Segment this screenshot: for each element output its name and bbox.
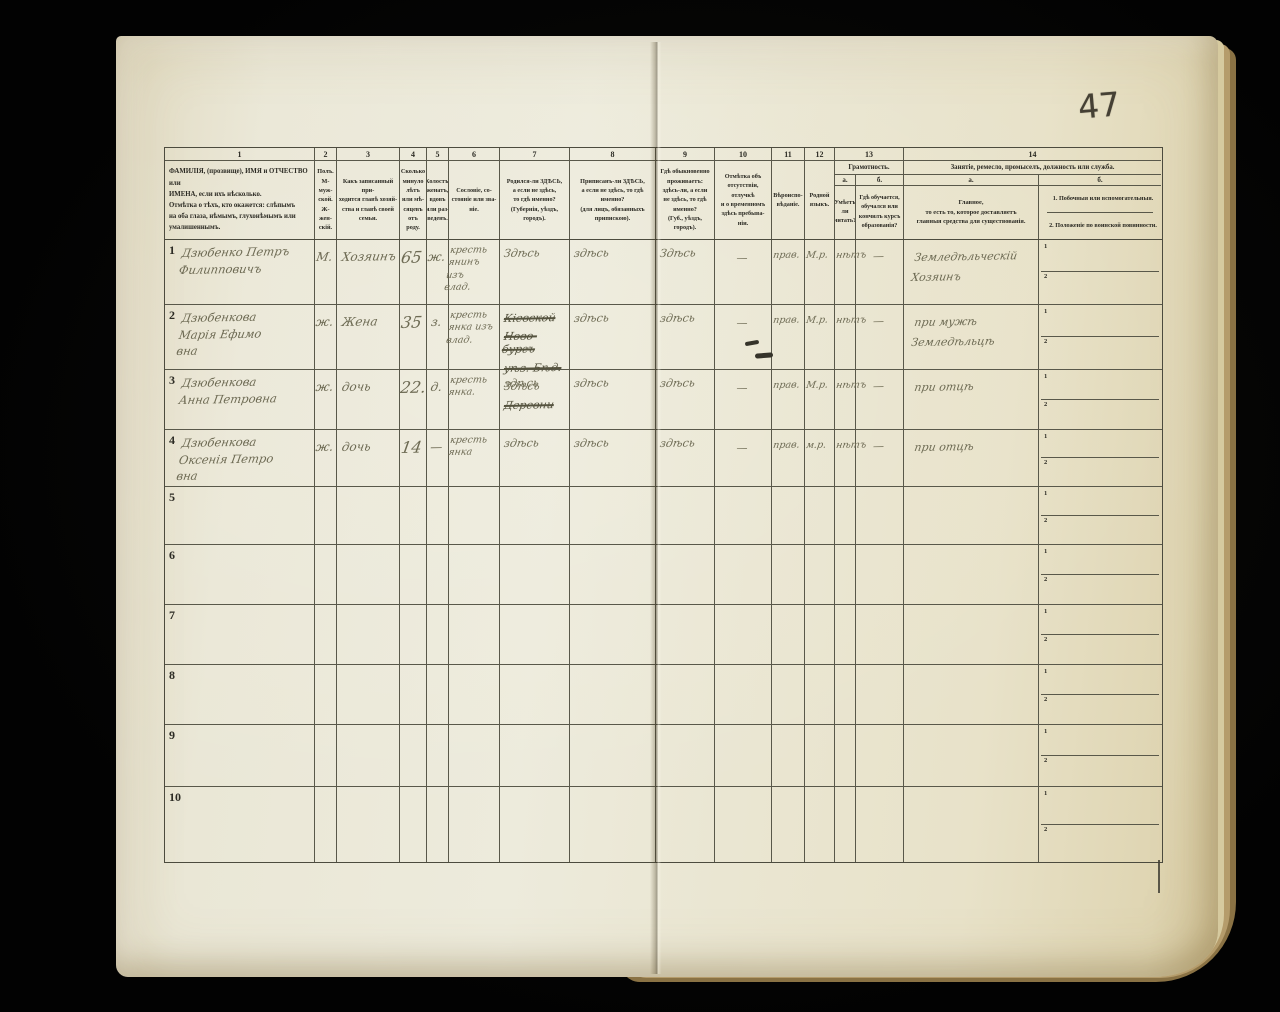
subrow-number: 2 xyxy=(1044,826,1047,833)
cell-estate xyxy=(449,725,500,786)
handwritten-entry: здѣсь xyxy=(659,376,712,391)
table-row: 912 xyxy=(165,725,1162,787)
cell-born xyxy=(500,487,570,544)
cell-registered xyxy=(570,665,656,724)
cell-religion: прав. xyxy=(772,430,805,486)
handwritten-entry: — xyxy=(715,381,769,396)
cell-language xyxy=(805,665,835,724)
subrow-number: 1 xyxy=(1044,728,1047,735)
cell-born xyxy=(500,725,570,786)
cell-literate xyxy=(835,725,856,786)
cell-literate: нѣтъ xyxy=(835,305,856,369)
column-number: 5 xyxy=(427,148,448,161)
cell-literate xyxy=(835,545,856,604)
cell-marital xyxy=(427,487,449,544)
cell-sub: 12 xyxy=(1039,605,1161,664)
cell-name: 5 xyxy=(165,487,315,544)
cell-name: 3Дзюбенкова Анна Петровна xyxy=(165,370,315,429)
cell-sex xyxy=(315,665,337,724)
column-header-native-language: 12 Родной языкъ. xyxy=(805,148,835,239)
column-number: 10 xyxy=(715,148,771,161)
handwritten-entry: нѣтъ xyxy=(835,250,853,262)
handwritten-entry: нѣтъ xyxy=(835,315,853,327)
cell-name: 8 xyxy=(165,665,315,724)
cell-estate xyxy=(449,487,500,544)
handwritten-entry: — xyxy=(856,379,901,393)
subrow-number: 1 xyxy=(1044,608,1047,615)
subrow-number: 1 xyxy=(1044,668,1047,675)
handwritten-entry: дочь xyxy=(341,379,398,395)
cell-religion xyxy=(772,545,805,604)
cell-registered xyxy=(570,545,656,604)
cell-age: 65 xyxy=(400,240,427,304)
handwritten-entry: 22. xyxy=(399,378,424,398)
cell-education xyxy=(856,605,904,664)
cell-religion xyxy=(772,487,805,544)
subrow-number: 1 xyxy=(1044,243,1047,250)
handwritten-entry: нѣтъ xyxy=(835,380,853,392)
handwritten-entry: здѣсь xyxy=(573,436,653,451)
cell-resides xyxy=(656,545,715,604)
column-number: 11 xyxy=(772,148,804,161)
cell-literate xyxy=(835,787,856,862)
row-number: 10 xyxy=(169,790,181,805)
row-number: 8 xyxy=(169,668,175,683)
cell-occupation xyxy=(904,487,1039,544)
column-title: Сколько минуло лѣтъ или мѣ- сяцевъ отъ р… xyxy=(400,161,426,239)
cell-resides xyxy=(656,605,715,664)
column-title: Полъ. М-муж- ской. Ж-жен- скій. xyxy=(315,161,336,239)
cell-born: Здѣсь xyxy=(500,240,570,304)
handwritten-entry: М. xyxy=(315,250,334,265)
row-number: 1 xyxy=(169,243,175,258)
column-title: Гдѣ обыкновенно проживаетъ: здѣсь-ли, а … xyxy=(656,161,714,239)
cell-sub: 12 xyxy=(1039,725,1161,786)
cell-registered: здѣсь xyxy=(570,305,656,369)
subrow-number: 2 xyxy=(1044,459,1047,466)
cell-occupation: при отцѣ xyxy=(904,430,1039,486)
column-header-literacy-group: 13 Грамотность. а. б. Умѣетъ ли читать? … xyxy=(835,148,904,239)
column-number: 4 xyxy=(400,148,426,161)
ink-smudge xyxy=(755,352,773,358)
column-title: ФАМИЛІЯ, (прозвище), ИМЯ и ОТЧЕСТВО или … xyxy=(165,161,314,239)
table-row: 712 xyxy=(165,605,1162,665)
handwritten-entry: з. xyxy=(427,315,446,330)
handwritten-entry: 35 xyxy=(399,313,424,333)
cell-absence xyxy=(715,487,772,544)
row-number: 9 xyxy=(169,728,175,743)
cell-occupation: при мужѣ Земледѣльцѣ xyxy=(904,305,1039,369)
handwritten-page-number: 47 xyxy=(1076,84,1121,127)
cell-born: КіевскойНово-бургъуѣз. Бѣд.ЗдѣсьДеревни xyxy=(500,305,570,369)
subrow-number: 2 xyxy=(1044,757,1047,764)
table-row: 1012 xyxy=(165,787,1162,862)
cell-education xyxy=(856,665,904,724)
handwritten-entry: 65 xyxy=(399,248,424,268)
cell-education: — xyxy=(856,305,904,369)
cell-education: — xyxy=(856,430,904,486)
handwritten-name: Дзюбенко Петръ Филипповичъ xyxy=(178,243,313,279)
cell-military-duty: 2 xyxy=(1041,458,1159,484)
cell-religion xyxy=(772,605,805,664)
cell-registered xyxy=(570,787,656,862)
column-header-marital-status: 5 Холостъ, женатъ, вдовъ или раз- веденъ… xyxy=(427,148,449,239)
cell-sub: 12 xyxy=(1039,430,1161,486)
cell-military-duty: 2 xyxy=(1041,756,1159,785)
cell-religion xyxy=(772,787,805,862)
cell-relation xyxy=(337,787,400,862)
handwritten-entry: Здѣсь xyxy=(659,246,712,261)
subcolumn-side-occupation: 1. Побочныя или вспомогательныя. 2. Поло… xyxy=(1039,186,1161,239)
cell-sex: ж. xyxy=(315,430,337,486)
column-title: Холостъ, женатъ, вдовъ или раз- веденъ. xyxy=(427,161,448,239)
column-header-occupation-group: 14 Занятіе, ремесло, промыселъ, должност… xyxy=(904,148,1161,239)
cell-absence xyxy=(715,787,772,862)
handwritten-entry: м.р. xyxy=(805,440,832,452)
cell-estate: кресть янка xyxy=(449,430,500,486)
handwritten-entry: — xyxy=(856,314,901,328)
cell-side-occupation: 1 xyxy=(1041,789,1159,825)
cell-marital xyxy=(427,545,449,604)
cell-born: здѣсь xyxy=(500,430,570,486)
group-title-literacy: Грамотность. xyxy=(835,161,903,175)
column-title: Вѣроиспо- вѣданіе. xyxy=(772,161,804,239)
cell-language xyxy=(805,725,835,786)
cell-language: М.р. xyxy=(805,240,835,304)
handwritten-entry: дочь xyxy=(341,439,398,455)
handwritten-entry: здѣсь xyxy=(659,311,712,326)
table-body: 1Дзюбенко Петръ ФилипповичъМ.Хозяинъ65ж.… xyxy=(165,240,1162,862)
cell-side-occupation: 1 xyxy=(1041,307,1159,337)
column-number: 14 xyxy=(904,148,1161,161)
cell-resides: здѣсь xyxy=(656,430,715,486)
cell-sub: 12 xyxy=(1039,545,1161,604)
cell-language xyxy=(805,545,835,604)
column-number: 13 xyxy=(835,148,903,161)
handwritten-entry: 14 xyxy=(399,438,424,458)
handwritten-entry: ж. xyxy=(315,315,334,330)
handwritten-entry: — xyxy=(715,316,769,331)
cell-registered xyxy=(570,487,656,544)
table-row: 4Дзюбенкова Оксенія Петро внаж.дочь14—кр… xyxy=(165,430,1162,487)
cell-occupation xyxy=(904,725,1039,786)
cell-religion xyxy=(772,665,805,724)
cell-literate xyxy=(835,605,856,664)
cell-education xyxy=(856,725,904,786)
cell-name: 7 xyxy=(165,605,315,664)
column-number: 8 xyxy=(570,148,655,161)
cell-education xyxy=(856,545,904,604)
subcolumn-title-military-duty: 2. Положеніе по воинской повинности. xyxy=(1043,213,1157,239)
handwritten-name: Дзюбенкова Марія Ефимо вна xyxy=(175,308,312,360)
cell-absence xyxy=(715,605,772,664)
column-title: Отмѣтка объ отсутствіи, отлучкѣ и о врем… xyxy=(715,161,771,239)
cell-military-duty: 2 xyxy=(1041,400,1159,428)
column-header-sex: 2 Полъ. М-муж- ской. Ж-жен- скій. xyxy=(315,148,337,239)
cell-born xyxy=(500,787,570,862)
subrow-number: 1 xyxy=(1044,308,1047,315)
cell-age xyxy=(400,605,427,664)
column-header-absence-note: 10 Отмѣтка объ отсутствіи, отлучкѣ и о в… xyxy=(715,148,772,239)
cell-name: 6 xyxy=(165,545,315,604)
cell-sex xyxy=(315,545,337,604)
cell-age xyxy=(400,545,427,604)
subrow-number: 1 xyxy=(1044,433,1047,440)
cell-born xyxy=(500,605,570,664)
subrow-number: 1 xyxy=(1044,548,1047,555)
cell-relation xyxy=(337,725,400,786)
cell-language xyxy=(805,787,835,862)
cell-military-duty: 2 xyxy=(1041,635,1159,663)
cell-absence xyxy=(715,725,772,786)
column-title: Какъ записанный при- ходится главѣ хозяй… xyxy=(337,161,399,239)
photographed-census-page: 47 1 ФАМИЛІЯ, (прозвище), ИМЯ и ОТЧЕСТВО… xyxy=(0,0,1280,1012)
row-number: 3 xyxy=(169,373,175,388)
cell-name: 2Дзюбенкова Марія Ефимо вна xyxy=(165,305,315,369)
cell-language xyxy=(805,605,835,664)
handwritten-entry: Жена xyxy=(341,314,398,330)
cell-registered xyxy=(570,725,656,786)
handwritten-entry: здѣсь xyxy=(503,376,567,391)
handwritten-entry: прав. xyxy=(772,250,802,262)
cell-registered xyxy=(570,605,656,664)
handwritten-entry: при отцѣ xyxy=(913,376,1036,398)
column-header-religion: 11 Вѣроиспо- вѣданіе. xyxy=(772,148,805,239)
cell-side-occupation: 1 xyxy=(1041,727,1159,756)
cell-age: 14 xyxy=(400,430,427,486)
cell-military-duty: 2 xyxy=(1041,337,1159,367)
cell-occupation: Земледѣльческій Хозяинъ xyxy=(904,240,1039,304)
handwritten-entry: при мужѣ Земледѣльцѣ xyxy=(910,311,1037,353)
cell-military-duty: 2 xyxy=(1041,516,1159,543)
handwritten-entry: прав. xyxy=(772,315,802,327)
cell-education xyxy=(856,787,904,862)
cell-absence: — xyxy=(715,370,772,429)
cell-language: М.р. xyxy=(805,370,835,429)
cell-resides xyxy=(656,665,715,724)
subcolumn-letter-b: б. xyxy=(856,175,903,185)
cell-absence xyxy=(715,665,772,724)
subrow-number: 2 xyxy=(1044,517,1047,524)
cell-side-occupation: 1 xyxy=(1041,372,1159,400)
subcolumn-title-can-read: Умѣетъ ли читать? xyxy=(835,186,856,239)
cell-sub: 12 xyxy=(1039,370,1161,429)
cell-born xyxy=(500,545,570,604)
handwritten-entry: — xyxy=(856,249,901,263)
cell-registered: здѣсь xyxy=(570,370,656,429)
cell-literate xyxy=(835,665,856,724)
cell-name: 4Дзюбенкова Оксенія Петро вна xyxy=(165,430,315,486)
cell-occupation xyxy=(904,545,1039,604)
handwritten-entry: — xyxy=(715,441,769,456)
cell-resides: Здѣсь xyxy=(656,240,715,304)
subrow-number: 1 xyxy=(1044,373,1047,380)
cell-literate: нѣтъ xyxy=(835,370,856,429)
cell-sex xyxy=(315,605,337,664)
cell-occupation: при отцѣ xyxy=(904,370,1039,429)
cell-relation xyxy=(337,545,400,604)
table-row: 1Дзюбенко Петръ ФилипповичъМ.Хозяинъ65ж.… xyxy=(165,240,1162,305)
handwritten-entry: кресть янка xyxy=(447,434,497,459)
column-header-estate: 6 Сословіе, со- стояніе или зва- ніе. xyxy=(449,148,500,239)
cell-age: 22. xyxy=(400,370,427,429)
cell-military-duty: 2 xyxy=(1041,825,1159,861)
handwritten-entry: здѣсь xyxy=(659,436,712,451)
cell-relation: дочь xyxy=(337,370,400,429)
census-table: 1 ФАМИЛІЯ, (прозвище), ИМЯ и ОТЧЕСТВО ил… xyxy=(164,147,1163,863)
cell-absence xyxy=(715,545,772,604)
cell-registered: здѣсь xyxy=(570,430,656,486)
table-header: 1 ФАМИЛІЯ, (прозвище), ИМЯ и ОТЧЕСТВО ил… xyxy=(165,148,1162,240)
cell-religion: прав. xyxy=(772,305,805,369)
cell-marital xyxy=(427,787,449,862)
cell-occupation xyxy=(904,787,1039,862)
handwritten-entry: здѣсь xyxy=(573,376,653,391)
subcolumn-title-side-occupation: 1. Побочныя или вспомогательныя. xyxy=(1047,186,1153,213)
handwritten-name: Дзюбенкова Оксенія Петро вна xyxy=(175,433,312,485)
column-header-registration: 8 Приписанъ-ли ЗДѢСЬ, а если не здѣсь, т… xyxy=(570,148,656,239)
cell-religion xyxy=(772,725,805,786)
handwritten-entry: Хозяинъ xyxy=(341,249,398,265)
column-header-age: 4 Сколько минуло лѣтъ или мѣ- сяцевъ отъ… xyxy=(400,148,427,239)
subcolumn-letter-a: а. xyxy=(904,175,1039,185)
column-number: 1 xyxy=(165,148,314,161)
column-number: 9 xyxy=(656,148,714,161)
cell-absence: — xyxy=(715,430,772,486)
cell-religion: прав. xyxy=(772,370,805,429)
column-title: Приписанъ-ли ЗДѢСЬ, а если не здѣсь, то … xyxy=(570,161,655,239)
handwritten-entry: здѣсь xyxy=(573,246,653,261)
handwritten-entry: здѣсь xyxy=(573,311,653,326)
cell-born: здѣсь xyxy=(500,370,570,429)
cell-marital xyxy=(427,605,449,664)
cell-born xyxy=(500,665,570,724)
cell-resides xyxy=(656,787,715,862)
ink-smudge xyxy=(745,340,759,346)
subrow-number: 2 xyxy=(1044,696,1047,703)
cell-name: 10 xyxy=(165,787,315,862)
cell-language: М.р. xyxy=(805,305,835,369)
cell-estate xyxy=(449,605,500,664)
cell-military-duty: 2 xyxy=(1041,272,1159,302)
cell-name: 9 xyxy=(165,725,315,786)
cell-relation xyxy=(337,605,400,664)
cell-side-occupation: 1 xyxy=(1041,432,1159,458)
handwritten-entry: кресть янка. xyxy=(447,374,497,399)
row-number: 5 xyxy=(169,490,175,505)
cell-marital: д. xyxy=(427,370,449,429)
cell-estate: кресть янинъ изъ влад. xyxy=(449,240,500,304)
column-header-relation: 3 Какъ записанный при- ходится главѣ хоз… xyxy=(337,148,400,239)
cell-occupation xyxy=(904,605,1039,664)
subcolumn-letter-a: а. xyxy=(835,175,856,185)
handwritten-entry: кресть янинъ изъ влад. xyxy=(443,244,497,294)
handwritten-entry: прав. xyxy=(772,380,802,392)
cell-religion: прав. xyxy=(772,240,805,304)
cell-military-duty: 2 xyxy=(1041,695,1159,723)
column-header-birthplace: 7 Родился-ли ЗДѢСЬ, а если не здѣсь, то … xyxy=(500,148,570,239)
handwritten-entry: кресть янка изъ влад. xyxy=(445,309,497,347)
table-row: 3Дзюбенкова Анна Петровнаж.дочь22.д.крес… xyxy=(165,370,1162,430)
handwritten-entry: — xyxy=(856,439,901,453)
cell-resides: здѣсь xyxy=(656,305,715,369)
handwritten-entry: ж. xyxy=(315,380,334,395)
cell-marital xyxy=(427,725,449,786)
subrow-number: 2 xyxy=(1044,338,1047,345)
cell-estate xyxy=(449,545,500,604)
cell-sex xyxy=(315,787,337,862)
cell-education xyxy=(856,487,904,544)
subrow-number: 2 xyxy=(1044,273,1047,280)
cell-sub: 12 xyxy=(1039,787,1161,862)
subcolumn-title-main-occupation: Главное, то есть то, которое доставляетъ… xyxy=(904,186,1039,239)
handwritten-entry: ж. xyxy=(315,440,334,455)
column-title: Родной языкъ. xyxy=(805,161,834,239)
column-title: Сословіе, со- стояніе или зва- ніе. xyxy=(449,161,499,239)
cell-registered: здѣсь xyxy=(570,240,656,304)
group-title-occupation: Занятіе, ремесло, промыселъ, должность и… xyxy=(904,161,1161,175)
cell-absence: — xyxy=(715,305,772,369)
cell-education: — xyxy=(856,370,904,429)
subrow-number: 2 xyxy=(1044,401,1047,408)
cell-military-duty: 2 xyxy=(1041,575,1159,603)
cell-marital: — xyxy=(427,430,449,486)
cell-sex xyxy=(315,725,337,786)
cell-literate xyxy=(835,487,856,544)
row-number: 6 xyxy=(169,548,175,563)
cell-literate: нѣтъ xyxy=(835,240,856,304)
cell-name: 1Дзюбенко Петръ Филипповичъ xyxy=(165,240,315,304)
cell-relation xyxy=(337,487,400,544)
cell-age xyxy=(400,787,427,862)
cell-education: — xyxy=(856,240,904,304)
column-header-name: 1 ФАМИЛІЯ, (прозвище), ИМЯ и ОТЧЕСТВО ил… xyxy=(165,148,315,239)
cell-sex: М. xyxy=(315,240,337,304)
cell-estate: кресть янка. xyxy=(449,370,500,429)
table-row: 512 xyxy=(165,487,1162,545)
subrow-number: 2 xyxy=(1044,576,1047,583)
cell-side-occupation: 1 xyxy=(1041,547,1159,575)
handwritten-entry: здѣсь xyxy=(503,436,567,451)
crossed-out-entry: Кіевской xyxy=(503,311,567,325)
subcolumn-letter-b: б. xyxy=(1039,175,1161,185)
handwritten-entry: — xyxy=(427,440,446,455)
cell-sex: ж. xyxy=(315,370,337,429)
handwritten-entry: д. xyxy=(427,380,446,395)
handwritten-entry: прав. xyxy=(772,440,802,452)
cell-estate xyxy=(449,665,500,724)
cell-sub: 12 xyxy=(1039,665,1161,724)
handwritten-entry: ж. xyxy=(427,250,446,265)
cell-side-occupation: 1 xyxy=(1041,489,1159,516)
cell-sub: 12 xyxy=(1039,305,1161,369)
cell-side-occupation: 1 xyxy=(1041,242,1159,272)
cell-side-occupation: 1 xyxy=(1041,607,1159,635)
subrow-number: 1 xyxy=(1044,790,1047,797)
cell-relation: Жена xyxy=(337,305,400,369)
cell-age xyxy=(400,665,427,724)
cell-sex: ж. xyxy=(315,305,337,369)
subcolumn-title-education: Гдѣ обучается, обучался или кончилъ курс… xyxy=(856,186,903,239)
handwritten-entry: М.р. xyxy=(805,250,832,262)
cell-marital xyxy=(427,665,449,724)
cell-sex xyxy=(315,487,337,544)
cell-sub: 12 xyxy=(1039,240,1161,304)
table-row: 612 xyxy=(165,545,1162,605)
cell-relation: Хозяинъ xyxy=(337,240,400,304)
cell-resides xyxy=(656,725,715,786)
column-title: Родился-ли ЗДѢСЬ, а если не здѣсь, то гд… xyxy=(500,161,569,239)
